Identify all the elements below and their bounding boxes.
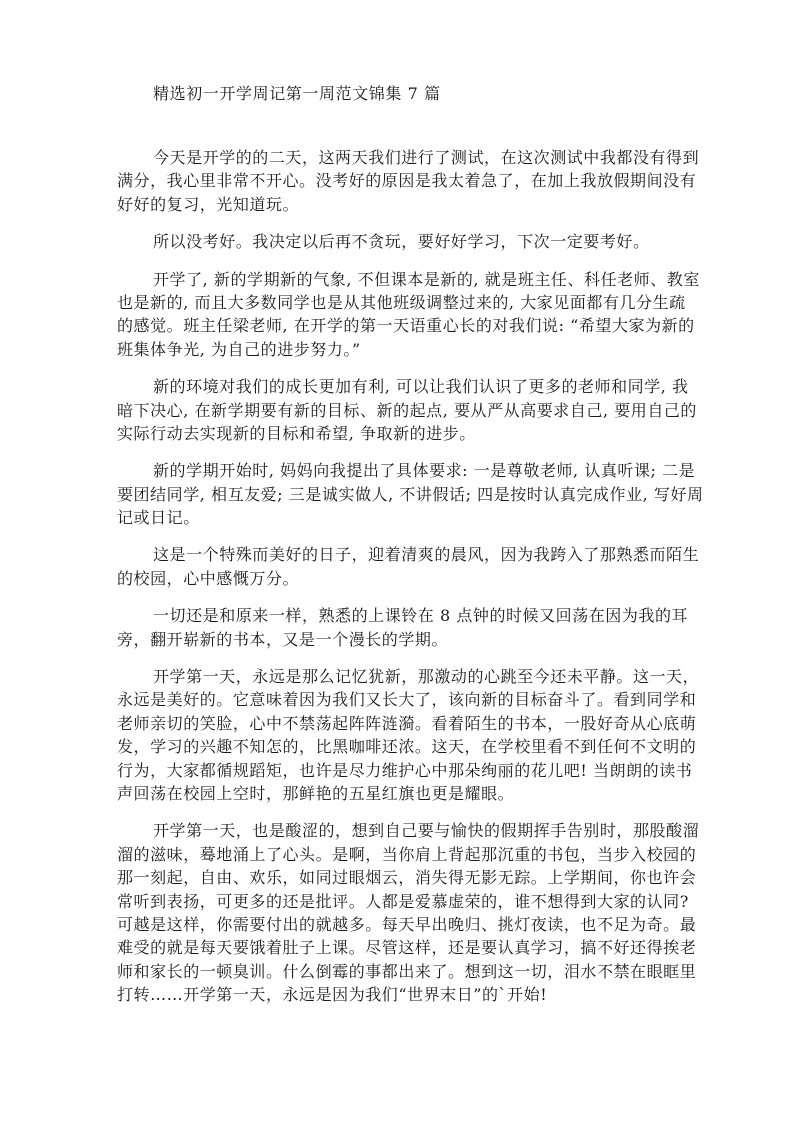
paragraph-line: 发，学习的兴趣不知怎的，比黑咖啡还浓。这天，在学校里看不到任何不文明的	[117, 735, 687, 758]
paragraph-line: 开学第一天，永远是那么记忆犹新，那激动的心跳至今还未平静。这一天，	[117, 665, 687, 688]
paragraph-line: 实际行动去实现新的目标和希望, 争取新的进步。	[117, 422, 687, 445]
paragraph-line: 这是一个特殊而美好的日子，迎着清爽的晨风，因为我跨入了那熟悉而陌生	[117, 543, 687, 566]
paragraph-4: 新的环境对我们的成长更加有利, 可以让我们认识了更多的老师和同学, 我 暗下决心…	[117, 375, 687, 445]
paragraph-line: 行为，大家都循规蹈矩，也许是尽力维护心中那朵绚丽的花儿吧! 当朗朗的读书	[117, 759, 687, 782]
paragraph-line: 记或日记。	[117, 506, 687, 529]
paragraph-line: 开学了, 新的学期新的气象, 不但课本是新的, 就是班主任、科任老师、教室	[117, 268, 687, 291]
paragraph-line: 常听到表扬，可更多的还是批评。人都是爱慕虚荣的，谁不想得到大家的认同?	[117, 890, 687, 913]
paragraph-9: 开学第一天，也是酸涩的，想到自己要与愉快的假期挥手告别时，那股酸溜 溜的滋味，蓦…	[117, 819, 687, 1006]
document-page: 精选初一开学周记第一周范文锦集 7 篇 今天是开学的的二天，这两天我们进行了测试…	[0, 0, 804, 1137]
paragraph-line: 永远是美好的。它意味着因为我们又长大了，该向新的目标奋斗了。看到同学和	[117, 688, 687, 711]
paragraph-line: 声回荡在校园上空时，那鲜艳的五星红旗也更是耀眼。	[117, 782, 687, 805]
document-title: 精选初一开学周记第一周范文锦集 7 篇	[153, 84, 441, 104]
document-body: 今天是开学的的二天，这两天我们进行了测试，在这次测试中我都没有得到 满分，我心里…	[117, 146, 687, 1021]
paragraph-line: 所以没考好。我决定以后再不贪玩，要好好学习，下次一定要考好。	[117, 230, 687, 253]
paragraph-line: 的校园，心中感慨万分。	[117, 567, 687, 590]
paragraph-line: 班集体争光, 为自己的进步努力。”	[117, 338, 687, 361]
paragraph-2: 所以没考好。我决定以后再不贪玩，要好好学习，下次一定要考好。	[117, 230, 687, 253]
paragraph-7: 一切还是和原来一样，熟悉的上课铃在 8 点钟的时候又回荡在因为我的耳 旁，翻开崭…	[117, 604, 687, 651]
paragraph-3: 开学了, 新的学期新的气象, 不但课本是新的, 就是班主任、科任老师、教室 也是…	[117, 268, 687, 362]
paragraph-line: 新的学期开始时, 妈妈向我提出了具体要求: 一是尊敬老师, 认真听课; 二是	[117, 459, 687, 482]
paragraph-line: 旁，翻开崭新的书本，又是一个漫长的学期。	[117, 628, 687, 651]
paragraph-line: 暗下决心, 在新学期要有新的目标、新的起点, 要从严从高要求自己, 要用自己的	[117, 399, 687, 422]
paragraph-line: 难受的就是每天要饿着肚子上课。尽管这样，还是要认真学习，搞不好还得挨老	[117, 936, 687, 959]
paragraph-line: 好好的复习，光知道玩。	[117, 193, 687, 216]
paragraph-1: 今天是开学的的二天，这两天我们进行了测试，在这次测试中我都没有得到 满分，我心里…	[117, 146, 687, 216]
paragraph-line: 老师亲切的笑脸，心中不禁荡起阵阵涟漪。看着陌生的书本，一股好奇从心底萌	[117, 712, 687, 735]
paragraph-line: 溜的滋味，蓦地涌上了心头。是啊，当你肩上背起那沉重的书包，当步入校园的	[117, 843, 687, 866]
paragraph-line: 也是新的, 而且大多数同学也是从其他班级调整过来的, 大家见面都有几分生疏	[117, 291, 687, 314]
paragraph-line: 今天是开学的的二天，这两天我们进行了测试，在这次测试中我都没有得到	[117, 146, 687, 169]
paragraph-line: 师和家长的一顿臭训。什么倒霉的事都出来了。想到这一切，泪水不禁在眼眶里	[117, 960, 687, 983]
paragraph-line: 满分，我心里非常不开心。没考好的原因是我太着急了，在加上我放假期间没有	[117, 169, 687, 192]
paragraph-line: 一切还是和原来一样，熟悉的上课铃在 8 点钟的时候又回荡在因为我的耳	[117, 604, 687, 627]
paragraph-line: 那一刻起，自由、欢乐，如同过眼烟云，消失得无影无踪。上学期间，你也许会	[117, 866, 687, 889]
paragraph-6: 这是一个特殊而美好的日子，迎着清爽的晨风，因为我跨入了那熟悉而陌生 的校园，心中…	[117, 543, 687, 590]
paragraph-line: 开学第一天，也是酸涩的，想到自己要与愉快的假期挥手告别时，那股酸溜	[117, 819, 687, 842]
paragraph-line: 打转……开学第一天，永远是因为我们“世界末日”的`开始!	[117, 983, 687, 1006]
paragraph-5: 新的学期开始时, 妈妈向我提出了具体要求: 一是尊敬老师, 认真听课; 二是 要…	[117, 459, 687, 529]
paragraph-line: 要团结同学, 相互友爱; 三是诚实做人, 不讲假话; 四是按时认真完成作业, 写…	[117, 483, 687, 506]
paragraph-8: 开学第一天，永远是那么记忆犹新，那激动的心跳至今还未平静。这一天， 永远是美好的…	[117, 665, 687, 805]
paragraph-line: 的感觉。班主任梁老师, 在开学的第一天语重心长的对我们说: “希望大家为新的	[117, 314, 687, 337]
paragraph-line: 可越是这样，你需要付出的就越多。每天早出晚归、挑灯夜读，也不足为奇。最	[117, 913, 687, 936]
paragraph-line: 新的环境对我们的成长更加有利, 可以让我们认识了更多的老师和同学, 我	[117, 375, 687, 398]
